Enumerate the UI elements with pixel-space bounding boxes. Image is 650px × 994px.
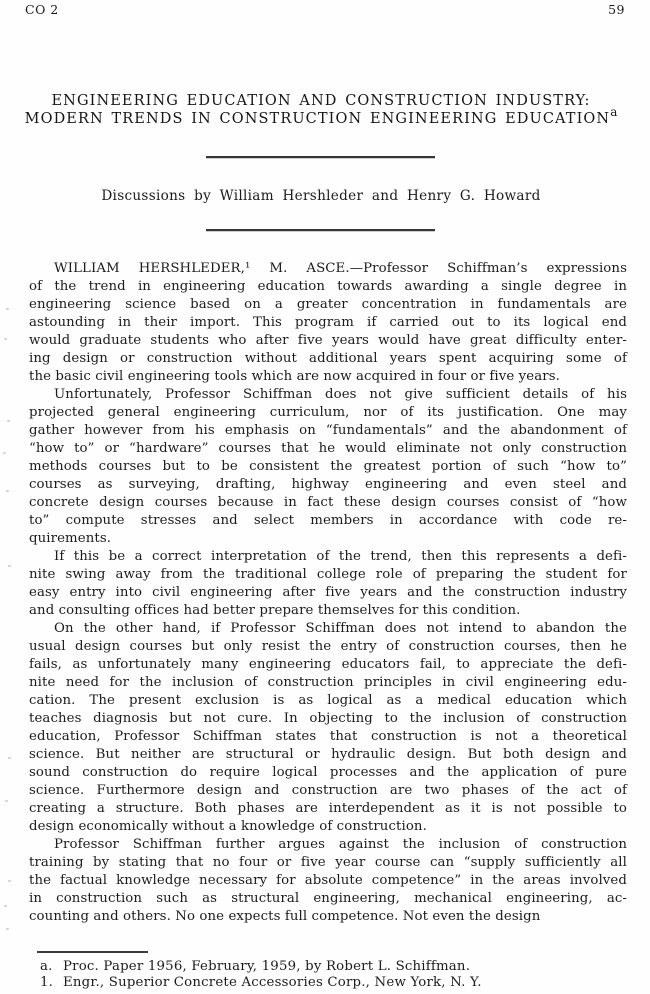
text-line: courses as surveying, drafting, highway … xyxy=(29,476,627,494)
footnote-marker: 1. xyxy=(40,975,63,991)
separator-rule-top xyxy=(206,156,435,158)
scan-artifact xyxy=(4,905,7,907)
paragraph: If this be a correct interpretation of t… xyxy=(29,548,627,620)
text-line: On the other hand, if Professor Schiffma… xyxy=(29,620,627,638)
text-line: education, Professor Schiffman states th… xyxy=(29,728,627,746)
text-line: astounding in their import. This program… xyxy=(29,314,627,332)
text-line: creating a structure. Both phases are in… xyxy=(29,800,627,818)
scan-artifact xyxy=(6,490,9,492)
text-line: If this be a correct interpretation of t… xyxy=(29,548,627,566)
title-footnote-marker: a xyxy=(610,105,617,119)
text-line: easy entry into civil engineering after … xyxy=(29,584,627,602)
scan-artifact xyxy=(7,420,10,422)
paragraph: WILLIAM HERSHLEDER,¹ M. ASCE.—Professor … xyxy=(29,260,627,386)
footnote-text: Proc. Paper 1956, February, 1959, by Rob… xyxy=(63,959,470,975)
body-text: WILLIAM HERSHLEDER,¹ M. ASCE.—Professor … xyxy=(29,260,627,926)
journal-code: CO 2 xyxy=(25,2,59,17)
text-line: sound construction do require logical pr… xyxy=(29,764,627,782)
scan-artifact xyxy=(5,800,8,802)
paper-title: ENGINEERING EDUCATION AND CONSTRUCTION I… xyxy=(0,92,642,128)
scan-artifact xyxy=(4,338,7,340)
byline: Discussions by William Hershleder and He… xyxy=(0,188,642,204)
text-line: fails, as unfortunately many engineering… xyxy=(29,656,627,674)
paragraph: On the other hand, if Professor Schiffma… xyxy=(29,620,627,836)
scan-artifact xyxy=(6,928,9,930)
scan-artifact xyxy=(8,565,11,567)
footnote-a: a. Proc. Paper 1956, February, 1959, by … xyxy=(40,959,620,975)
paper-title-line1: ENGINEERING EDUCATION AND CONSTRUCTION I… xyxy=(0,92,642,110)
text-line: concrete design courses because in fact … xyxy=(29,494,627,512)
text-line: training by stating that no four or five… xyxy=(29,854,627,872)
text-line: of the trend in engineering education to… xyxy=(29,278,627,296)
scan-artifact xyxy=(6,308,9,310)
text-line: the basic civil engineering tools which … xyxy=(29,368,627,386)
text-line: cation. The present exclusion is as logi… xyxy=(29,692,627,710)
footnote-separator-rule xyxy=(37,951,148,953)
scan-artifact xyxy=(8,880,11,882)
running-head: CO 2 59 xyxy=(25,2,625,17)
footnote-text: Engr., Superior Concrete Accessories Cor… xyxy=(63,975,482,991)
text-line: ing design or construction without addit… xyxy=(29,350,627,368)
text-line: projected general engineering curriculum… xyxy=(29,404,627,422)
page-number: 59 xyxy=(608,2,625,17)
text-line: engineering science based on a greater c… xyxy=(29,296,627,314)
text-line: counting and others. No one expects full… xyxy=(29,908,627,926)
text-line: the factual knowledge necessary for abso… xyxy=(29,872,627,890)
text-line: Professor Schiffman further argues again… xyxy=(29,836,627,854)
text-line: science. But neither are structural or h… xyxy=(29,746,627,764)
text-line: WILLIAM HERSHLEDER,¹ M. ASCE.—Professor … xyxy=(29,260,627,278)
text-line: Unfortunately, Professor Schiffman does … xyxy=(29,386,627,404)
separator-rule-bottom xyxy=(206,229,435,231)
footnotes: a. Proc. Paper 1956, February, 1959, by … xyxy=(40,959,620,991)
text-line: to” compute stresses and select members … xyxy=(29,512,627,530)
text-line: teaches diagnosis but not cure. In objec… xyxy=(29,710,627,728)
text-line: gather however from his emphasis on “fun… xyxy=(29,422,627,440)
paragraph: Unfortunately, Professor Schiffman does … xyxy=(29,386,627,548)
text-line: in construction such as structural engin… xyxy=(29,890,627,908)
document-page: CO 2 59 ENGINEERING EDUCATION AND CONSTR… xyxy=(0,0,650,994)
paper-title-line2: MODERN TRENDS IN CONSTRUCTION ENGINEERIN… xyxy=(0,110,642,128)
text-line: quirements. xyxy=(29,530,627,548)
text-line: science. Furthermore design and construc… xyxy=(29,782,627,800)
text-line: would graduate students who after five y… xyxy=(29,332,627,350)
text-line: methods courses but to be consistent the… xyxy=(29,458,627,476)
scan-artifact xyxy=(3,452,6,454)
text-line: and consulting offices had better prepar… xyxy=(29,602,627,620)
text-line: nite swing away from the traditional col… xyxy=(29,566,627,584)
text-line: “how to” or “hardware” courses that he w… xyxy=(29,440,627,458)
footnote-marker: a. xyxy=(40,959,63,975)
footnote-1: 1. Engr., Superior Concrete Accessories … xyxy=(40,975,620,991)
text-line: design economically without a knowledge … xyxy=(29,818,627,836)
paragraph: Professor Schiffman further argues again… xyxy=(29,836,627,926)
scan-artifact xyxy=(8,757,11,759)
text-line: usual design courses but only resist the… xyxy=(29,638,627,656)
text-line: nite need for the inclusion of construct… xyxy=(29,674,627,692)
